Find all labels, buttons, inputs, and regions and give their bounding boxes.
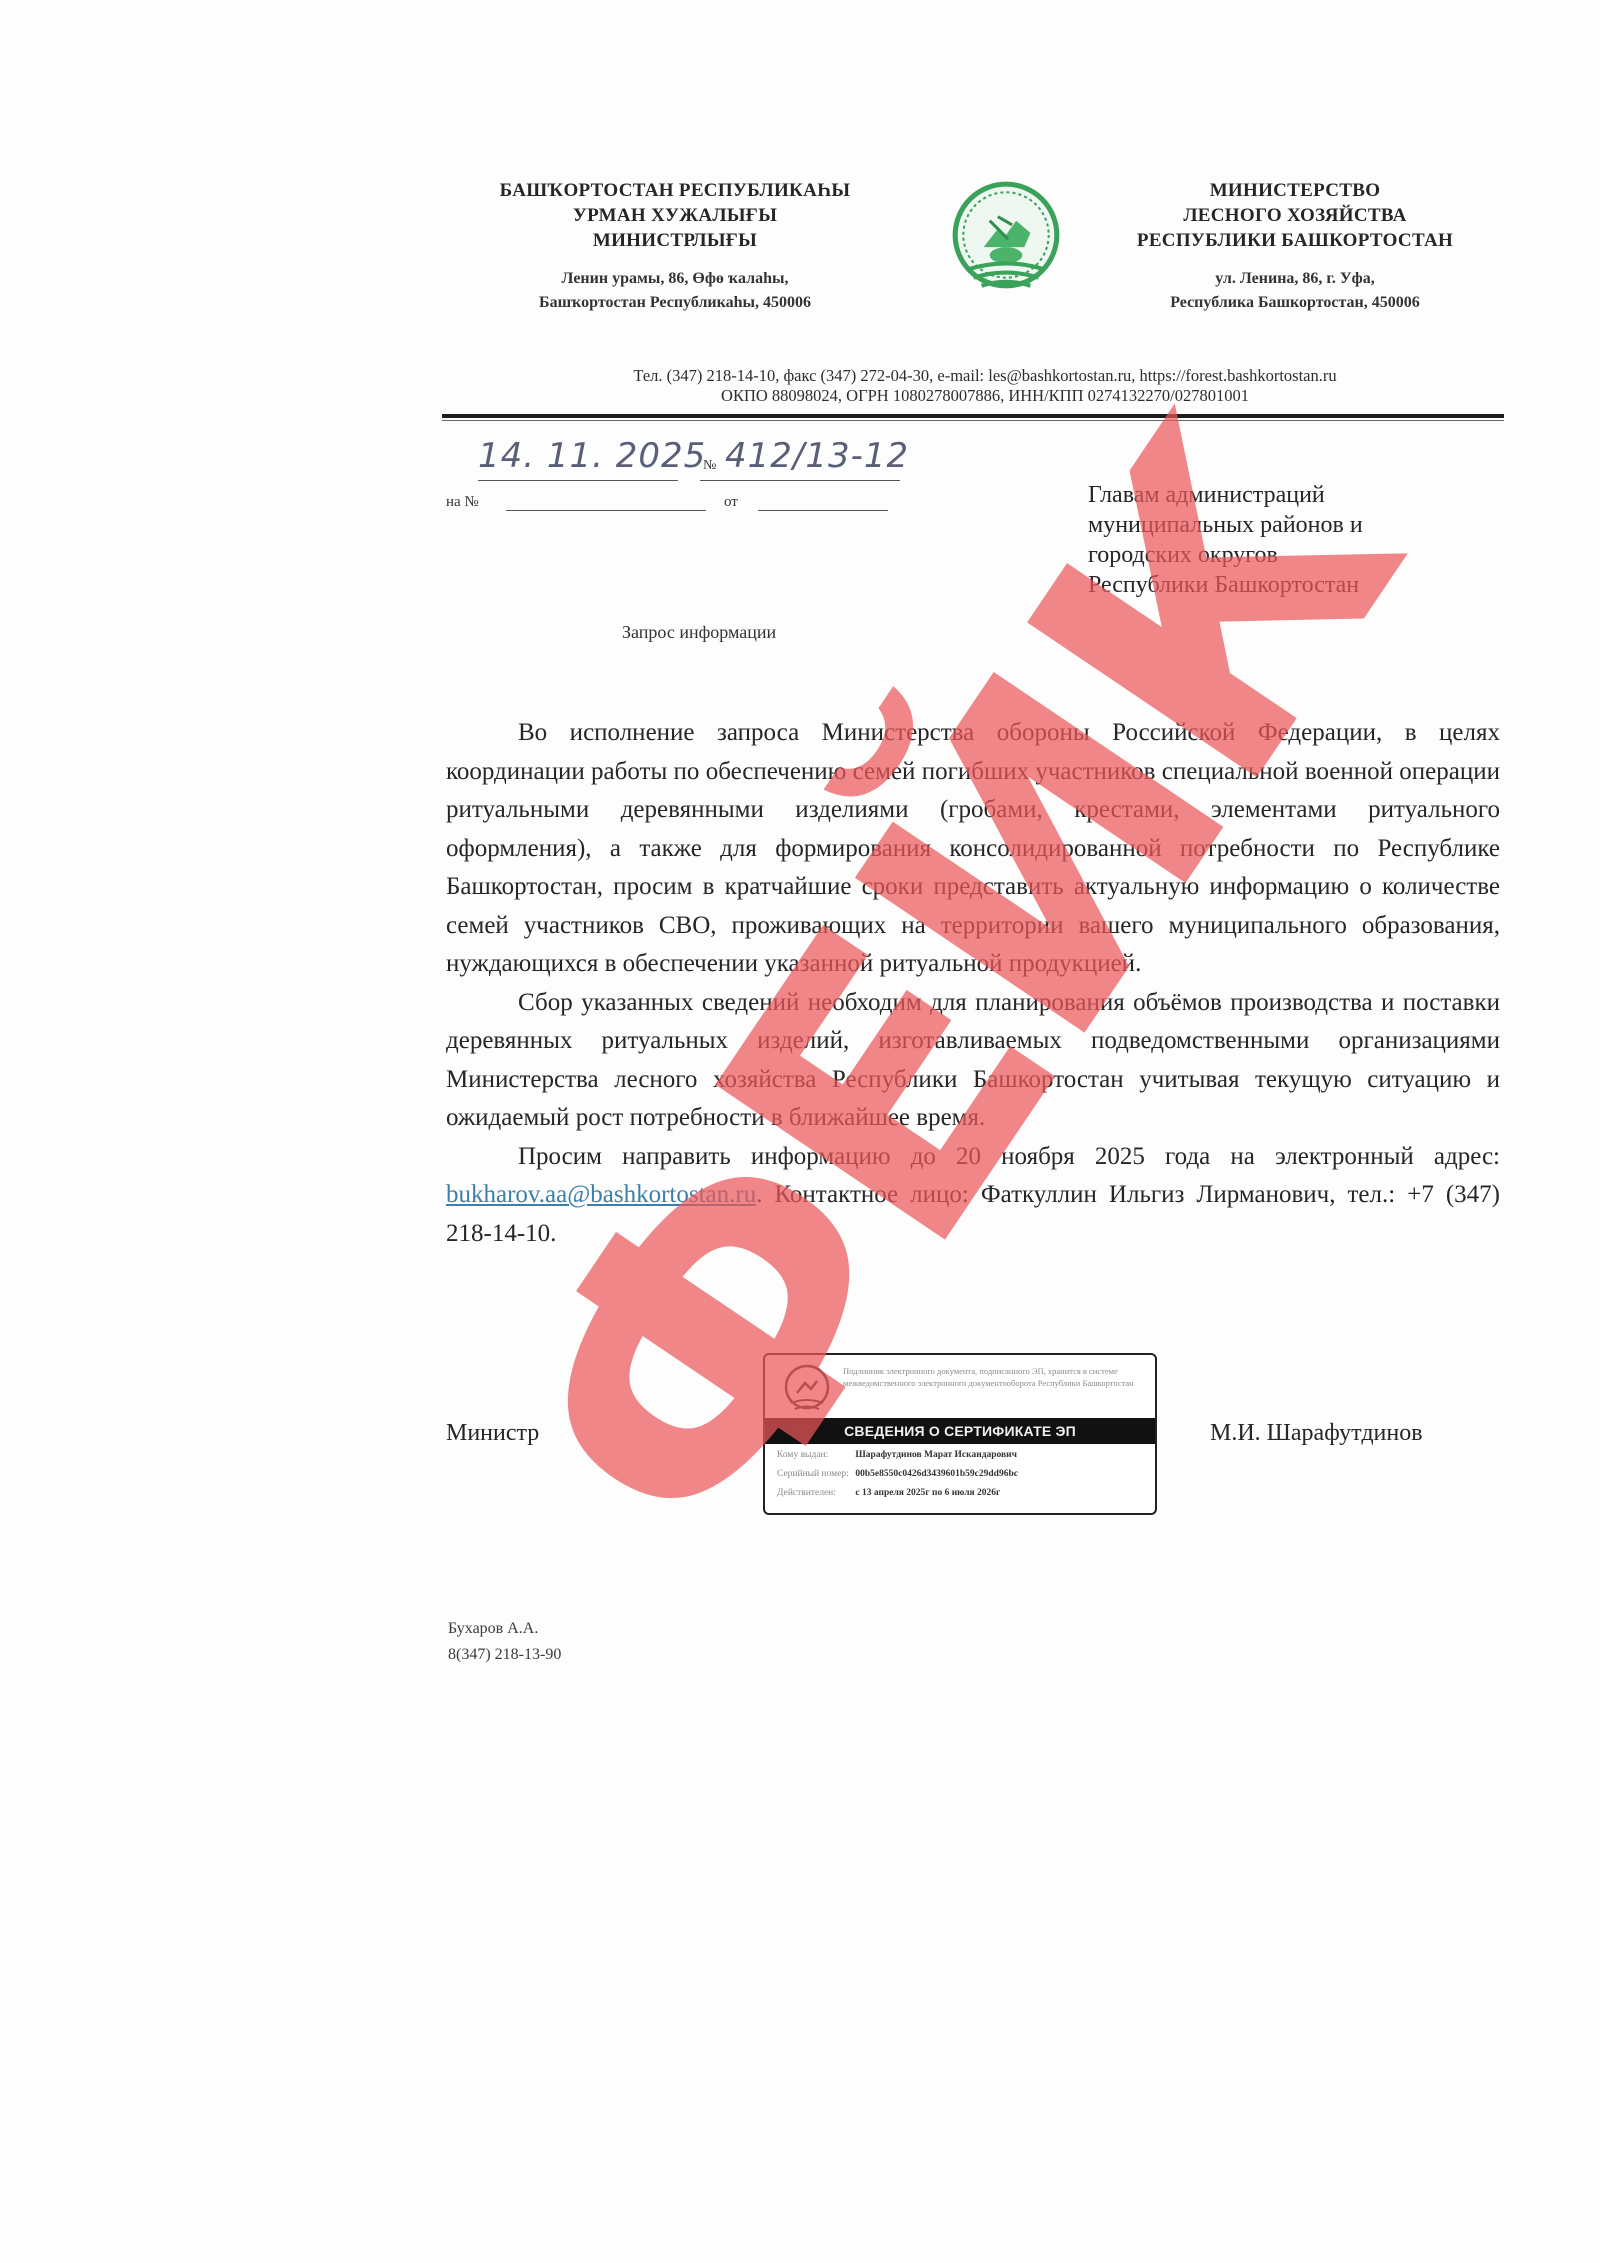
certificate-note: Подлинник электронного документа, подпис… xyxy=(843,1365,1143,1389)
letter-body: Во исполнение запроса Министерства оборо… xyxy=(446,714,1500,1253)
registry-codes-line: ОКПО 88098024, ОГРН 1080278007886, ИНН/К… xyxy=(440,386,1530,406)
org-name-line: РЕСПУБЛИКИ БАШКОРТОСТАН xyxy=(1075,228,1515,253)
address-line: Ленин урамы, 86, Өфө ҡалаһы, xyxy=(455,267,895,291)
number-sign: № xyxy=(703,458,716,474)
org-name-line: ЛЕСНОГО ХОЗЯЙСТВА xyxy=(1075,203,1515,228)
body-paragraph: Во исполнение запроса Министерства оборо… xyxy=(446,714,1500,984)
letter-page: БАШҠОРТОСТАН РЕСПУБЛИКАҺЫ УРМАН ХУЖАЛЫҒЫ… xyxy=(0,0,1600,2263)
emblem-icon xyxy=(781,1363,833,1415)
date-underline xyxy=(478,480,678,481)
letterhead-bashkir: БАШҠОРТОСТАН РЕСПУБЛИКАҺЫ УРМАН ХУЖАЛЫҒЫ… xyxy=(455,178,895,315)
contacts-line: Тел. (347) 218-14-10, факс (347) 272-04-… xyxy=(440,366,1530,386)
certificate-title: СВЕДЕНИЯ О СЕРТИФИКАТЕ ЭП xyxy=(765,1418,1155,1444)
certificate-serial-row: Серийный номер: 00b5e8550c0426d3439601b5… xyxy=(777,1469,1018,1479)
deadline-text: Просим направить информацию до 20 ноября… xyxy=(518,1143,1500,1170)
addressee-line: городских округов xyxy=(1088,540,1528,570)
executor-block: Бухаров А.А. 8(347) 218-13-90 xyxy=(448,1616,561,1668)
letterhead-divider xyxy=(442,414,1504,418)
ref-number-label: на № xyxy=(446,494,479,511)
addressee-line: Республики Башкортостан xyxy=(1088,570,1528,600)
address-line: ул. Ленина, 86, г. Уфа, xyxy=(1075,267,1515,291)
org-name-line: УРМАН ХУЖАЛЫҒЫ xyxy=(455,203,895,228)
body-paragraph: Сбор указанных сведений необходим для пл… xyxy=(446,984,1500,1138)
addressee-block: Главам администраций муниципальных район… xyxy=(1088,480,1528,600)
serial-label: Серийный номер: xyxy=(777,1469,853,1479)
ref-number-field xyxy=(506,510,706,511)
owner-label: Кому выдан: xyxy=(777,1450,853,1460)
letterhead-russian: МИНИСТЕРСТВО ЛЕСНОГО ХОЗЯЙСТВА РЕСПУБЛИК… xyxy=(1075,178,1515,315)
certificate-validity-row: Действителен: с 13 апреля 2025г по 6 июл… xyxy=(777,1488,1000,1498)
serial-value: 00b5e8550c0426d3439601b59c29dd96bc xyxy=(855,1469,1018,1479)
org-name-line: МИНИСТРЛЫҒЫ xyxy=(455,228,895,253)
validity-label: Действителен: xyxy=(777,1488,853,1498)
signer-role: Министр xyxy=(446,1420,539,1447)
body-paragraph: Просим направить информацию до 20 ноября… xyxy=(446,1138,1500,1254)
address-line: Башҡортостан Республикаһы, 450006 xyxy=(455,291,895,315)
org-name-line: МИНИСТЕРСТВО xyxy=(1075,178,1515,203)
addressee-line: муниципальных районов и xyxy=(1088,510,1528,540)
validity-value: с 13 апреля 2025г по 6 июля 2026г xyxy=(855,1488,1000,1498)
handwritten-reg-number: 412/13-12 xyxy=(725,436,909,476)
executor-name: Бухаров А.А. xyxy=(448,1616,561,1642)
handwritten-date: 14. 11. 2025 xyxy=(478,436,706,476)
signer-name: М.И. Шарафутдинов xyxy=(1210,1420,1423,1447)
ref-date-label: от xyxy=(724,494,738,511)
address-line: Республика Башкортостан, 450006 xyxy=(1075,291,1515,315)
certificate-owner-row: Кому выдан: Шарафутдинов Марат Искандаро… xyxy=(777,1450,1017,1460)
number-underline xyxy=(700,480,900,481)
owner-value: Шарафутдинов Марат Искандарович xyxy=(855,1450,1017,1460)
email-link[interactable]: bukharov.aa@bashkortostan.ru xyxy=(446,1181,756,1208)
ref-date-field xyxy=(758,510,888,511)
e-signature-certificate-stamp: Подлинник электронного документа, подпис… xyxy=(763,1353,1157,1515)
contacts-block: Тел. (347) 218-14-10, факс (347) 272-04-… xyxy=(440,366,1530,406)
bashkortostan-emblem-icon xyxy=(945,176,1067,298)
executor-phone: 8(347) 218-13-90 xyxy=(448,1642,561,1668)
letter-subject: Запрос информации xyxy=(622,622,776,643)
letterhead-divider-thin xyxy=(442,420,1504,421)
org-name-line: БАШҠОРТОСТАН РЕСПУБЛИКАҺЫ xyxy=(455,178,895,203)
addressee-line: Главам администраций xyxy=(1088,480,1528,510)
